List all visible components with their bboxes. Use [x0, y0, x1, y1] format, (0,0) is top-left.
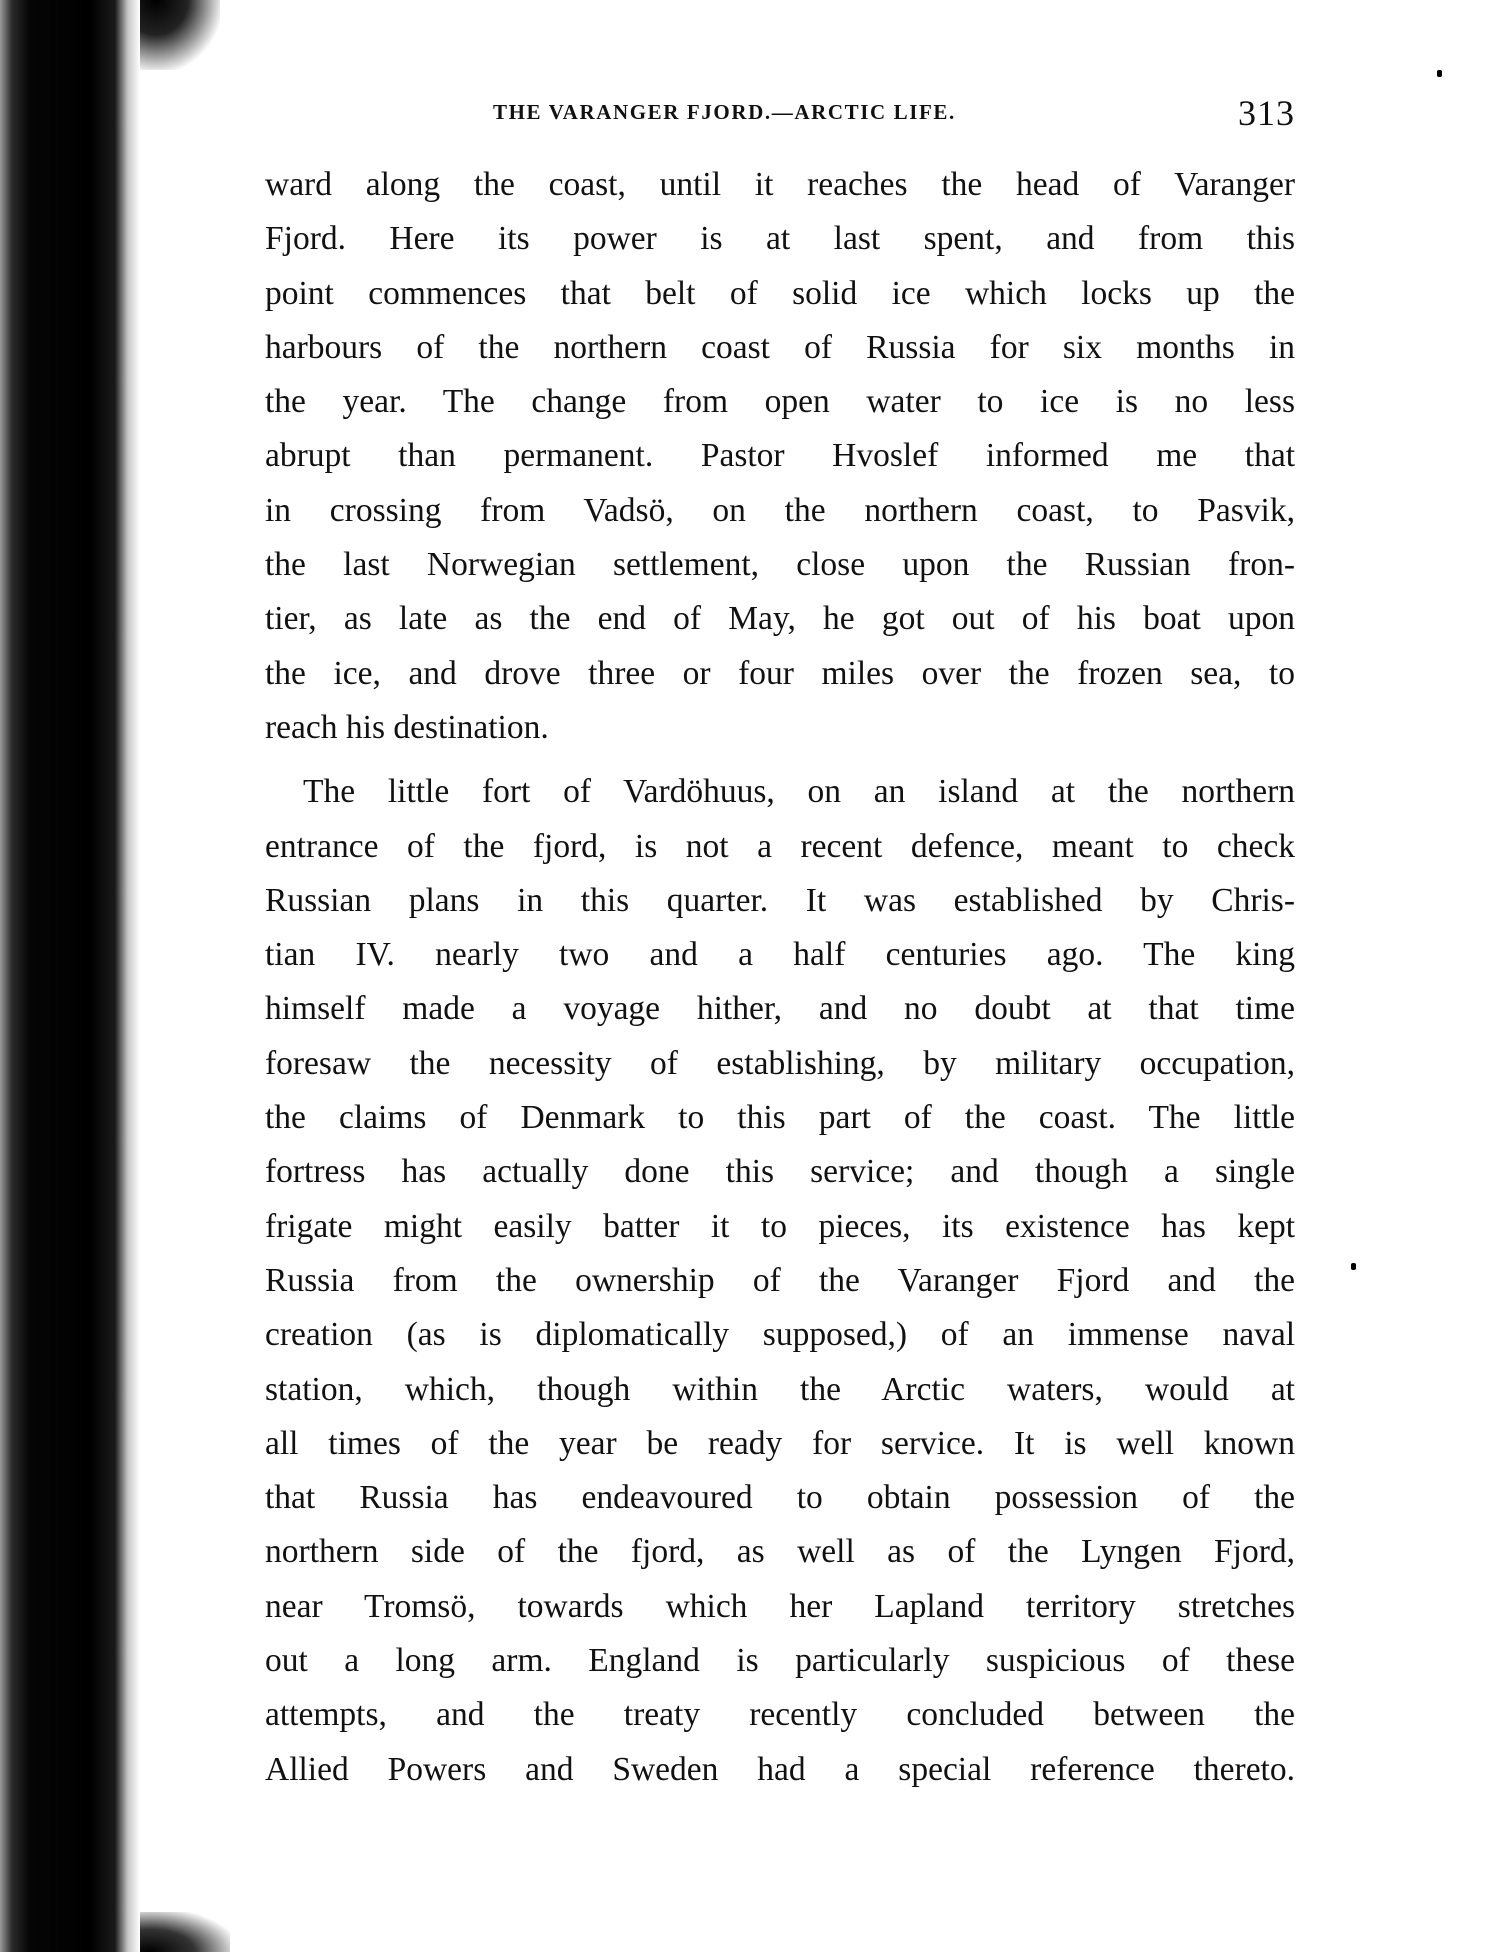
text-line: near Tromsö, towards which her Lapland t…	[265, 1580, 1295, 1634]
text-line: Allied Powers and Sweden had a special r…	[265, 1743, 1295, 1797]
paragraph-1: ward along the coast, until it reaches t…	[265, 158, 1295, 755]
binding-shadow-top	[140, 0, 220, 70]
text-line: himself made a voyage hither, and no dou…	[265, 982, 1295, 1036]
book-binding-shadow	[0, 0, 140, 1952]
paragraph-2: The little fort of Vardöhuus, on an isla…	[265, 765, 1295, 1797]
text-line: reach his destination.	[265, 701, 1295, 755]
text-line: creation (as is diplomatically supposed,…	[265, 1308, 1295, 1362]
text-line: ward along the coast, until it reaches t…	[265, 158, 1295, 212]
text-line: The little fort of Vardöhuus, on an isla…	[265, 765, 1295, 819]
paragraph-gap	[265, 755, 1295, 765]
scan-speck	[1437, 70, 1442, 77]
text-line: frigate might easily batter it to pieces…	[265, 1200, 1295, 1254]
text-line: attempts, and the treaty recently conclu…	[265, 1688, 1295, 1742]
text-line: Fjord. Here its power is at last spent, …	[265, 212, 1295, 266]
text-line: harbours of the northern coast of Russia…	[265, 321, 1295, 375]
running-head: THE VARANGER FJORD.—ARCTIC LIFE. 313	[265, 92, 1295, 132]
text-line: fortress has actually done this service;…	[265, 1145, 1295, 1199]
text-line: station, which, though within the Arctic…	[265, 1363, 1295, 1417]
text-line: out a long arm. England is particularly …	[265, 1634, 1295, 1688]
text-line: northern side of the fjord, as well as o…	[265, 1525, 1295, 1579]
text-line: abrupt than permanent. Pastor Hvoslef in…	[265, 429, 1295, 483]
text-line: the claims of Denmark to this part of th…	[265, 1091, 1295, 1145]
binding-shadow-bottom	[140, 1912, 230, 1952]
text-line: Russia from the ownership of the Varange…	[265, 1254, 1295, 1308]
text-line: the year. The change from open water to …	[265, 375, 1295, 429]
text-line: point commences that belt of solid ice w…	[265, 267, 1295, 321]
scan-speck	[1351, 1263, 1356, 1270]
page-number: 313	[1238, 92, 1295, 134]
text-line: tian IV. nearly two and a half centuries…	[265, 928, 1295, 982]
text-line: in crossing from Vadsö, on the northern …	[265, 484, 1295, 538]
text-line: entrance of the fjord, is not a recent d…	[265, 820, 1295, 874]
text-line: all times of the year be ready for servi…	[265, 1417, 1295, 1471]
text-line: Russian plans in this quarter. It was es…	[265, 874, 1295, 928]
text-line: that Russia has endeavoured to obtain po…	[265, 1471, 1295, 1525]
running-title: THE VARANGER FJORD.—ARCTIC LIFE.	[493, 100, 956, 125]
text-line: the last Norwegian settlement, close upo…	[265, 538, 1295, 592]
body-text: ward along the coast, until it reaches t…	[265, 158, 1295, 1797]
text-line: tier, as late as the end of May, he got …	[265, 592, 1295, 646]
text-line: foresaw the necessity of establishing, b…	[265, 1037, 1295, 1091]
text-line: the ice, and drove three or four miles o…	[265, 647, 1295, 701]
